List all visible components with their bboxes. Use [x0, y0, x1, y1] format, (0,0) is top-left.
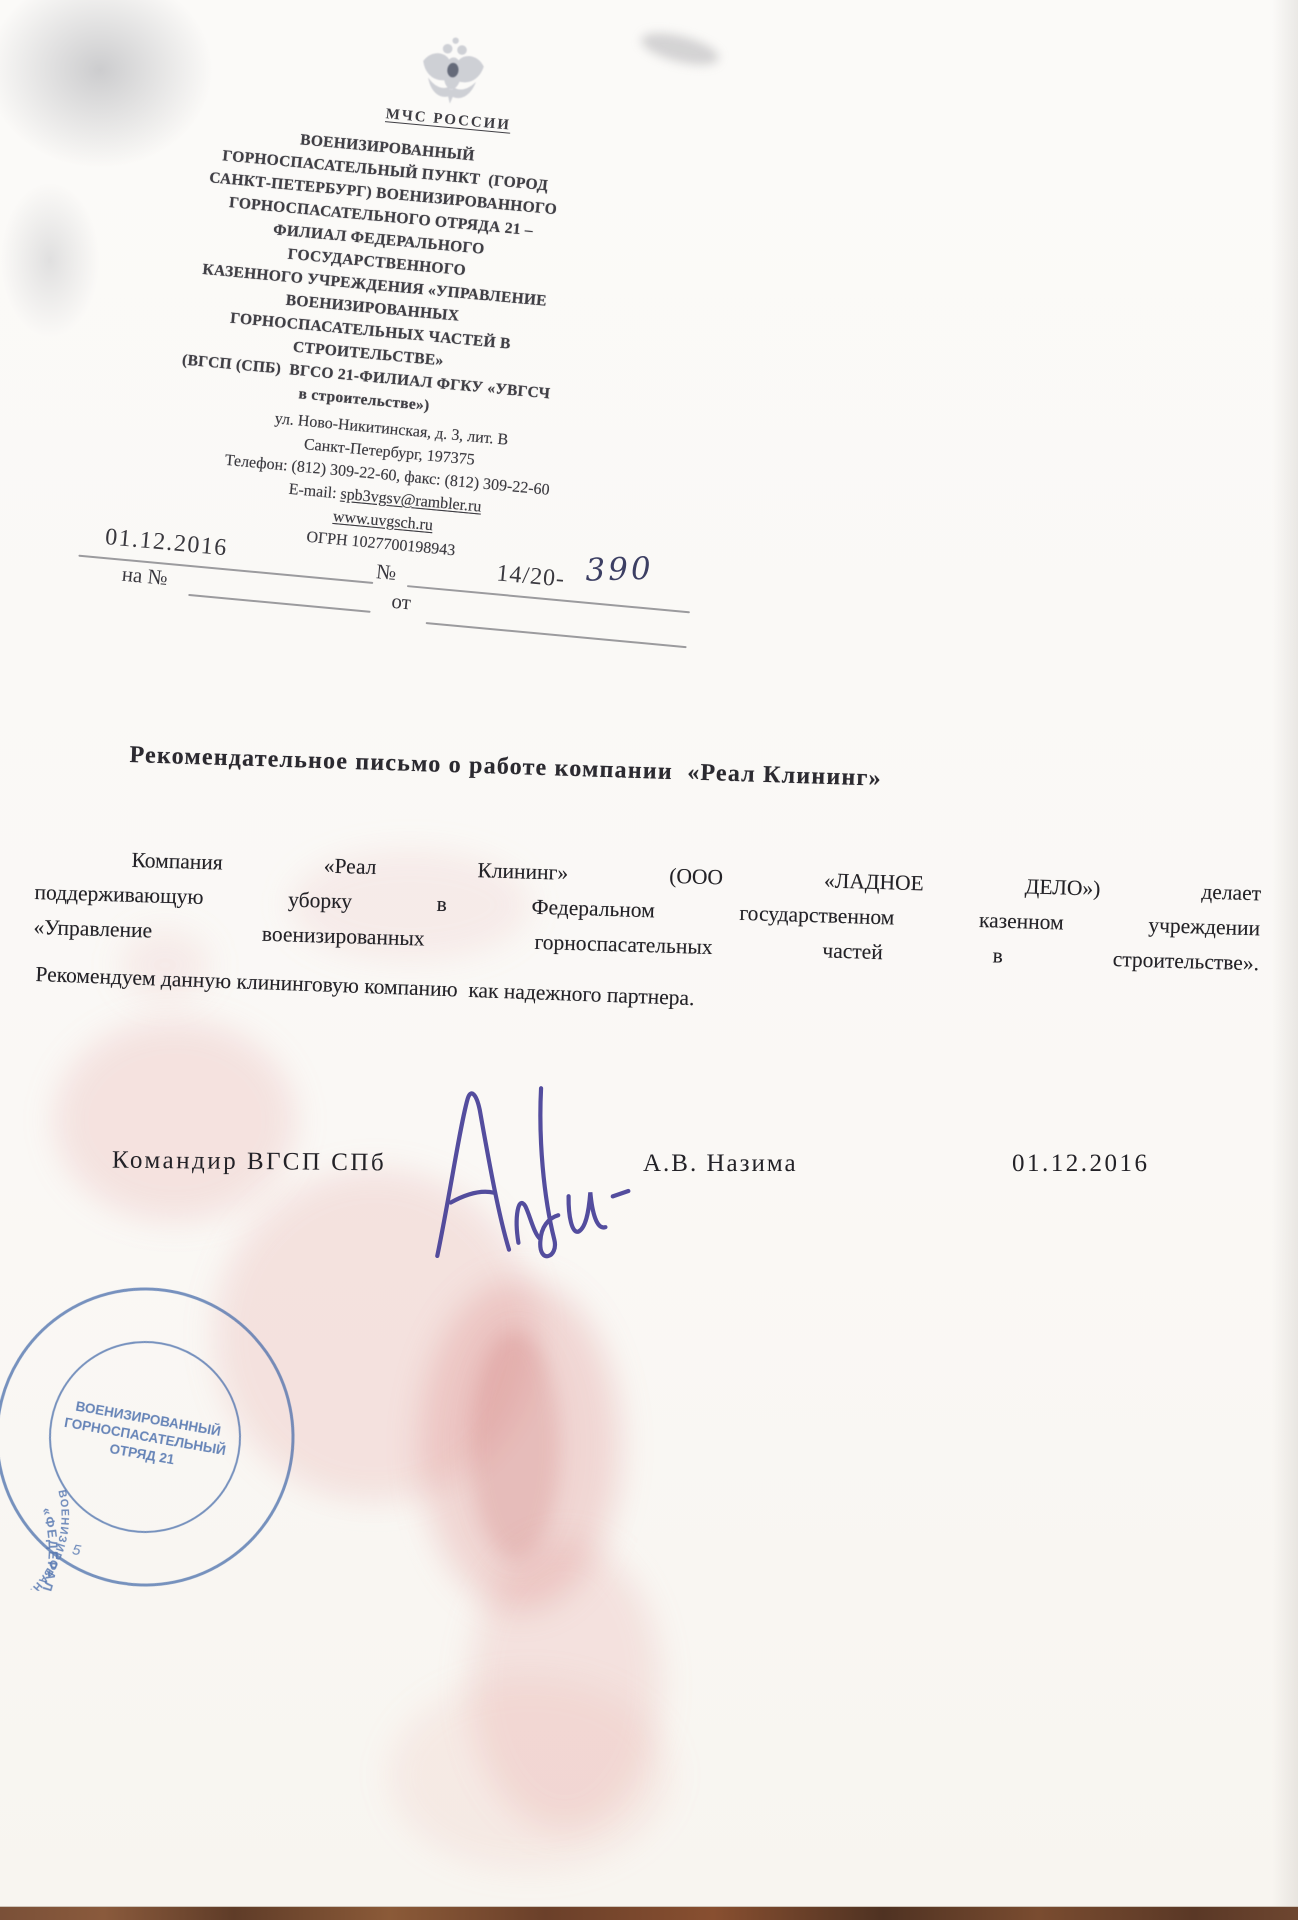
stamp-number: 5 [71, 1541, 83, 1559]
letter-title: Рекомендательное письмо о работе компани… [129, 742, 882, 793]
body-paragraph-2: Рекомендуем данную клининговую компанию … [35, 962, 695, 1011]
ot-label: от [390, 589, 412, 616]
scanned-letter-page: МЧС РОССИИ ВОЕНИЗИРОВАННЫЙ ГОРНОСПАСАТЕЛ… [0, 0, 1298, 1920]
letterhead: МЧС РОССИИ ВОЕНИЗИРОВАННЫЙ ГОРНОСПАСАТЕЛ… [69, 0, 767, 716]
mchs-eagle-emblem-icon [409, 27, 496, 114]
scan-shadow-right-edge [1272, 0, 1298, 1920]
na-no-label: на № [121, 562, 169, 591]
blank-line [188, 594, 370, 613]
email-label: E-mail: [288, 481, 341, 503]
blank-line [426, 622, 687, 648]
organization-name: ВОЕНИЗИРОВАННЫЙ ГОРНОСПАСАТЕЛЬНЫЙ ПУНКТ … [94, 112, 657, 437]
red-stain-core [470, 1330, 560, 1560]
letter-number-handwritten: 390 [585, 551, 654, 589]
signer-position: Командир ВГСП СПб [112, 1147, 386, 1178]
pink-stain [55, 1020, 295, 1220]
signature-date: 01.12.2016 [1012, 1150, 1150, 1178]
letter-number-printed: 14/20- [495, 560, 566, 593]
body-paragraph-1: Компания «Реал Клининг» (ООО «ЛАДНОЕ ДЕЛ… [33, 845, 1262, 986]
pink-stain [390, 1680, 670, 1870]
round-stamp: «ФЕДЕРАЛЬНОЕ ГОСУДАРСТВЕННОЕ КАЗЕННОЕ УЧ… [0, 1240, 342, 1634]
desk-surface-strip [0, 1906, 1298, 1920]
handwritten-signature [407, 1071, 644, 1289]
no-label: № [375, 559, 397, 586]
signer-name: А.В. Назима [643, 1150, 798, 1178]
